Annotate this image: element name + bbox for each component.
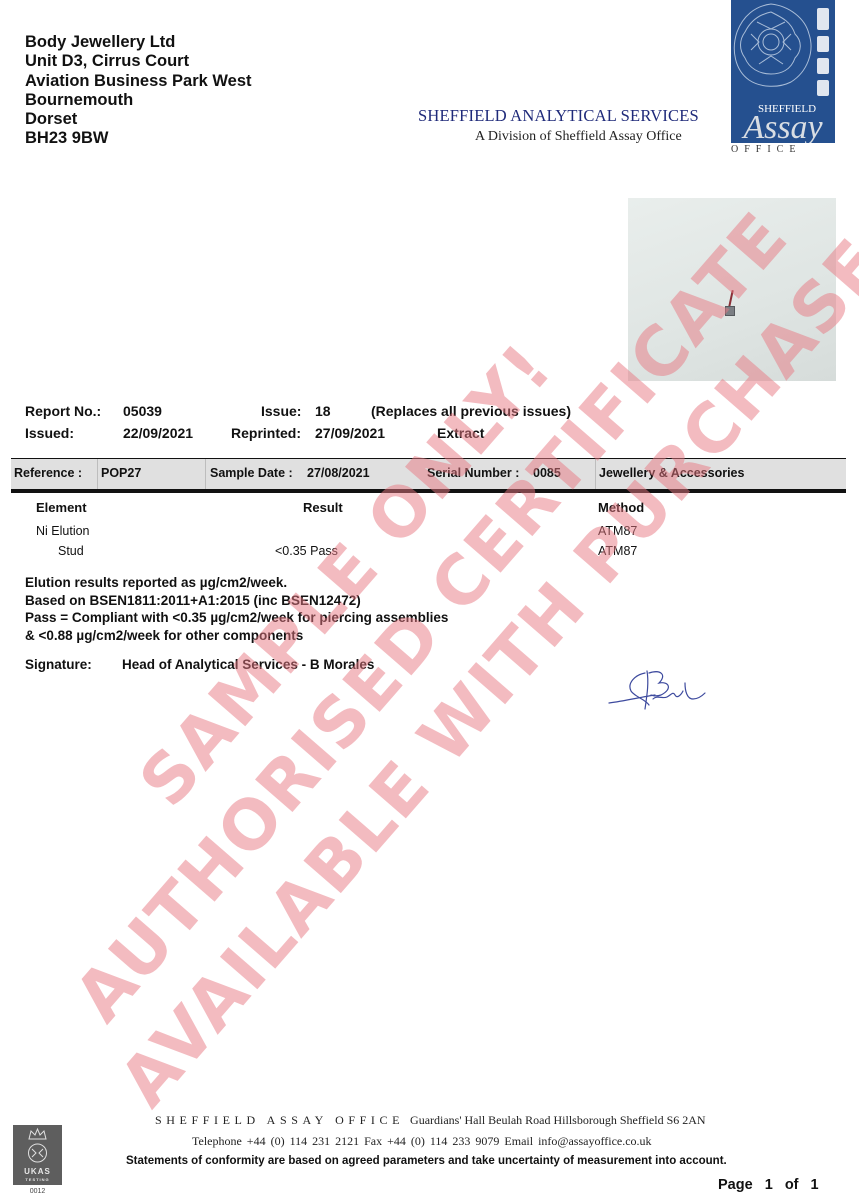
handwritten-signature bbox=[605, 665, 710, 720]
reprinted-label: Reprinted: bbox=[231, 425, 301, 441]
issued-value: 22/09/2021 bbox=[123, 425, 193, 441]
issue-note: (Replaces all previous issues) bbox=[371, 403, 571, 419]
ukas-sub: TESTING bbox=[13, 1177, 62, 1182]
report-no-label: Report No.: bbox=[25, 403, 101, 419]
issue-value: 18 bbox=[315, 403, 331, 419]
sheffield-assay-logo: SHEFFIELD Assay bbox=[731, 0, 835, 143]
reference-label: Reference : bbox=[14, 466, 82, 480]
recipient-address: Body Jewellery Ltd Unit D3, Cirrus Court… bbox=[25, 33, 252, 149]
recipient-line: Dorset bbox=[25, 110, 252, 129]
issued-label: Issued: bbox=[25, 425, 74, 441]
row-method: ATM87 bbox=[598, 544, 637, 558]
column-header-result: Result bbox=[303, 500, 343, 515]
row-method: ATM87 bbox=[598, 524, 637, 538]
svg-text:Assay: Assay bbox=[741, 109, 823, 143]
sample-date-label: Sample Date : bbox=[210, 466, 293, 480]
serial-number-label: Serial Number : bbox=[427, 466, 519, 480]
column-header-element: Element bbox=[36, 500, 87, 515]
reference-bar: Reference : POP27 Sample Date : 27/08/20… bbox=[11, 458, 846, 493]
notes: Elution results reported as µg/cm2/week.… bbox=[25, 574, 448, 644]
brand-title: SHEFFIELD ANALYTICAL SERVICES bbox=[418, 106, 699, 126]
column-header-method: Method bbox=[598, 500, 644, 515]
ukas-number: 0012 bbox=[13, 1188, 62, 1195]
row-element: Ni Elution bbox=[36, 524, 90, 538]
brand-subtitle: A Division of Sheffield Assay Office bbox=[475, 129, 682, 145]
footer-contact: Telephone +44 (0) 114 231 2121 Fax +44 (… bbox=[192, 1134, 652, 1149]
signature-label: Signature: bbox=[25, 657, 92, 672]
serial-number-value: 0085 bbox=[533, 466, 561, 480]
row-result: <0.35 Pass bbox=[275, 544, 338, 558]
recipient-line: Unit D3, Cirrus Court bbox=[25, 52, 252, 71]
note-line: Pass = Compliant with <0.35 µg/cm2/week … bbox=[25, 609, 448, 627]
recipient-line: BH23 9BW bbox=[25, 129, 252, 148]
stud-icon bbox=[725, 306, 735, 316]
note-line: Elution results reported as µg/cm2/week. bbox=[25, 574, 448, 592]
ukas-crown-icon bbox=[13, 1125, 62, 1185]
footer-statement: Statements of conformity are based on ag… bbox=[126, 1155, 727, 1167]
signature-value: Head of Analytical Services - B Morales bbox=[122, 657, 374, 672]
issue-label: Issue: bbox=[261, 403, 301, 419]
footer-address-text: Guardians' Hall Beulah Road Hillsborough… bbox=[410, 1113, 706, 1127]
ukas-logo: UKAS TESTING bbox=[13, 1125, 62, 1185]
reprinted-value: 27/09/2021 bbox=[315, 425, 385, 441]
footer-org: SHEFFIELD ASSAY OFFICE bbox=[155, 1113, 404, 1127]
extract-label: Extract bbox=[437, 425, 484, 441]
category-value: Jewellery & Accessories bbox=[599, 466, 744, 480]
page-indicator: Page 1 of 1 bbox=[718, 1177, 819, 1193]
report-no-value: 05039 bbox=[123, 403, 162, 419]
reference-value: POP27 bbox=[101, 466, 141, 480]
tudor-rose-icon: SHEFFIELD Assay bbox=[731, 0, 835, 143]
sample-date-value: 27/08/2021 bbox=[307, 466, 370, 480]
row-element: Stud bbox=[58, 544, 84, 558]
ukas-label: UKAS bbox=[13, 1167, 62, 1176]
recipient-line: Aviation Business Park West bbox=[25, 72, 252, 91]
recipient-line: Body Jewellery Ltd bbox=[25, 33, 252, 52]
note-line: & <0.88 µg/cm2/week for other components bbox=[25, 627, 448, 645]
note-line: Based on BSEN1811:2011+A1:2015 (inc BSEN… bbox=[25, 592, 448, 610]
recipient-line: Bournemouth bbox=[25, 91, 252, 110]
logo-office-text: OFFICE bbox=[731, 144, 801, 155]
footer-address: SHEFFIELD ASSAY OFFICE Guardians' Hall B… bbox=[155, 1113, 706, 1128]
